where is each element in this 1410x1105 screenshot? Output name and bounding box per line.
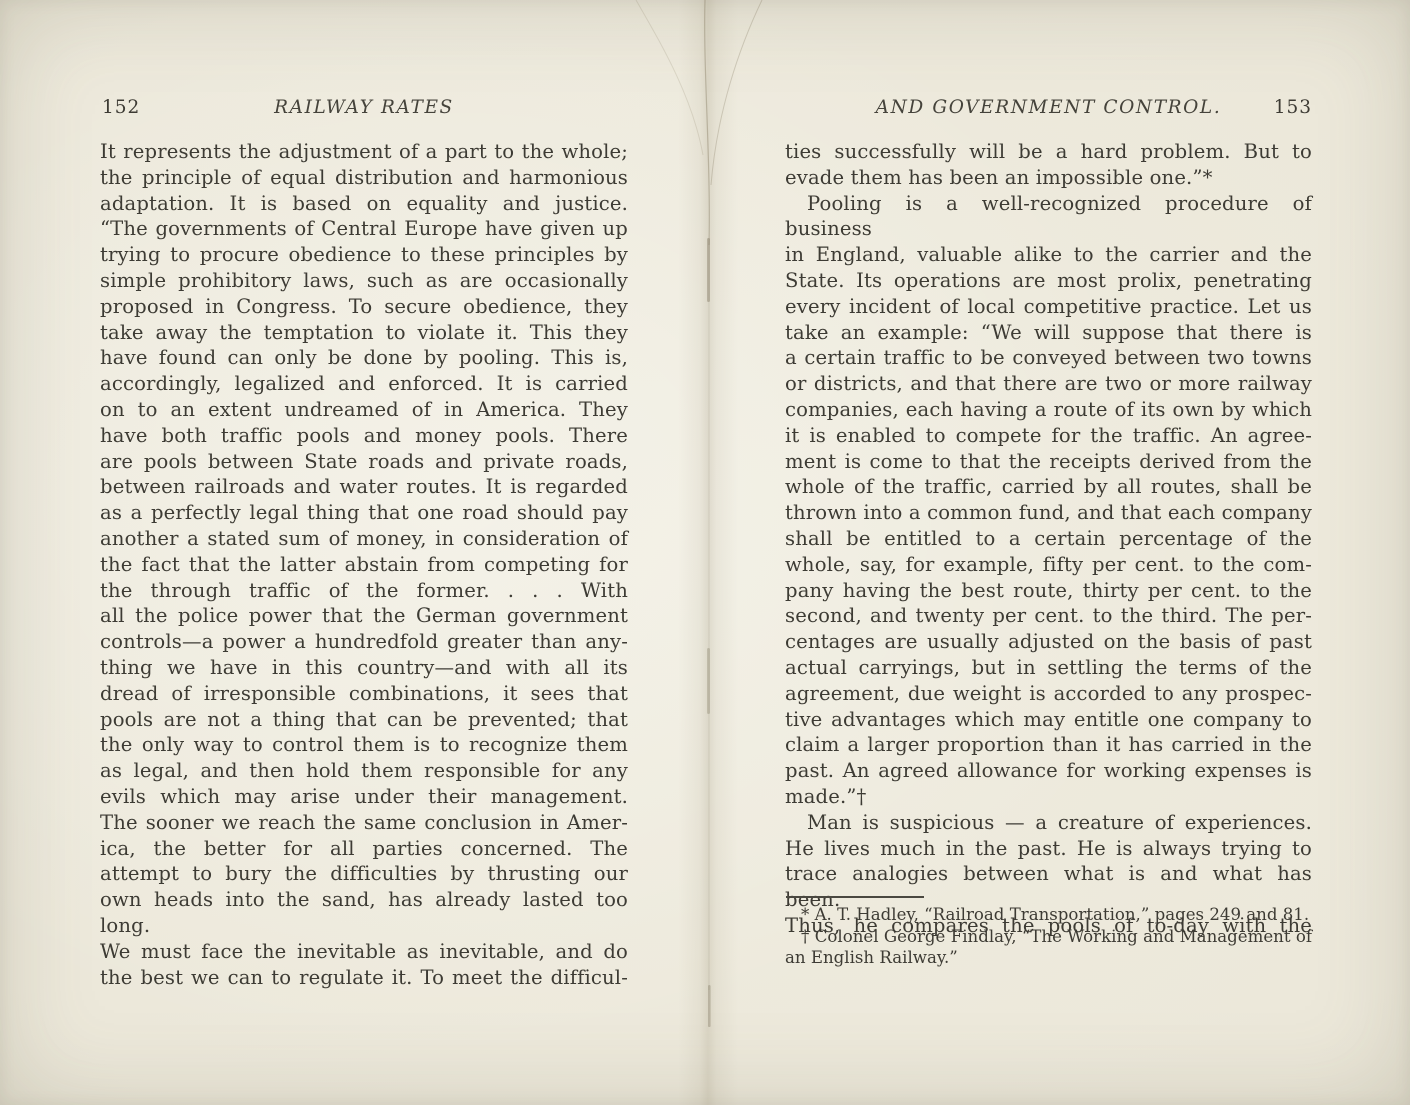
text-line: a certain traffic to be conveyed between… xyxy=(785,345,1312,371)
left-page-text: It represents the adjustment of a part t… xyxy=(100,139,628,990)
text-line: * A. T. Hadley, “Railroad Transportation… xyxy=(785,904,1312,926)
text-line: trying to procure obedience to these pri… xyxy=(100,242,628,268)
text-line: He lives much in the past. He is always … xyxy=(785,836,1312,862)
text-line: the through traffic of the former. . . .… xyxy=(100,578,628,604)
text-line: Pooling is a well-recognized procedure o… xyxy=(785,191,1312,243)
text-line: ica, the better for all parties concerne… xyxy=(100,836,628,862)
right-page-number: 153 xyxy=(1274,97,1312,118)
text-line: take away the temptation to violate it. … xyxy=(100,320,628,346)
text-line: own heads into the sand, has already las… xyxy=(100,887,628,939)
text-line: on to an extent undreamed of in America.… xyxy=(100,397,628,423)
text-line: all the police power that the German gov… xyxy=(100,603,628,629)
text-line: proposed in Congress. To secure obedienc… xyxy=(100,294,628,320)
text-line: thing we have in this country—and with a… xyxy=(100,655,628,681)
text-line: in England, valuable alike to the carrie… xyxy=(785,242,1312,268)
text-line: pools are not a thing that can be preven… xyxy=(100,707,628,733)
text-line: between railroads and water routes. It i… xyxy=(100,474,628,500)
text-line: the fact that the latter abstain from co… xyxy=(100,552,628,578)
text-line: or districts, and that there are two or … xyxy=(785,371,1312,397)
right-page-text: ties successfully will be a hard problem… xyxy=(785,139,1312,939)
text-line: take an example: “We will suppose that t… xyxy=(785,320,1312,346)
text-line: attempt to bury the difficulties by thru… xyxy=(100,861,628,887)
text-line: † Colonel George Findlay, “The Working a… xyxy=(785,926,1312,948)
text-line: adaptation. It is based on equality and … xyxy=(100,191,628,217)
text-line: the best we can to regulate it. To meet … xyxy=(100,965,628,991)
text-line: are pools between State roads and privat… xyxy=(100,449,628,475)
text-line: as legal, and then hold them responsible… xyxy=(100,758,628,784)
text-line: pany having the best route, thirty per c… xyxy=(785,578,1312,604)
text-line: as a perfectly legal thing that one road… xyxy=(100,500,628,526)
text-line: actual carryings, but in settling the te… xyxy=(785,655,1312,681)
text-line: the only way to control them is to recog… xyxy=(100,732,628,758)
text-line: shall be entitled to a certain percentag… xyxy=(785,526,1312,552)
text-line: every incident of local competitive prac… xyxy=(785,294,1312,320)
text-line: an English Railway.” xyxy=(785,947,1312,969)
text-line: dread of irresponsible combinations, it … xyxy=(100,681,628,707)
text-line: it is enabled to compete for the traffic… xyxy=(785,423,1312,449)
text-line: simple prohibitory laws, such as are occ… xyxy=(100,268,628,294)
text-line: agreement, due weight is accorded to any… xyxy=(785,681,1312,707)
text-line: claim a larger proportion than it has ca… xyxy=(785,732,1312,758)
left-running-header: RAILWAY RATES xyxy=(100,97,628,118)
book-spread: 152 RAILWAY RATES It represents the adju… xyxy=(0,0,1410,1105)
text-line: the principle of equal distribution and … xyxy=(100,165,628,191)
text-line: tive advantages which may entitle one co… xyxy=(785,707,1312,733)
text-line: ties successfully will be a hard problem… xyxy=(785,139,1312,165)
footnote-section: * A. T. Hadley, “Railroad Transportation… xyxy=(785,904,1312,969)
text-line: ment is come to that the receipts derive… xyxy=(785,449,1312,475)
text-line: “The governments of Central Europe have … xyxy=(100,216,628,242)
footnote-rule xyxy=(786,896,924,898)
text-line: Man is suspicious — a creature of experi… xyxy=(785,810,1312,836)
text-line: controls—a power a hundredfold greater t… xyxy=(100,629,628,655)
text-line: The sooner we reach the same conclusion … xyxy=(100,810,628,836)
right-page-header: AND GOVERNMENT CONTROL. 153 xyxy=(785,97,1312,121)
text-line: It represents the adjustment of a part t… xyxy=(100,139,628,165)
text-line: whole, say, for example, fifty per cent.… xyxy=(785,552,1312,578)
left-page-header: 152 RAILWAY RATES xyxy=(100,97,628,121)
text-line: evade them has been an impossible one.”* xyxy=(785,165,1312,191)
text-line: evils which may arise under their manage… xyxy=(100,784,628,810)
text-line: have found can only be done by pooling. … xyxy=(100,345,628,371)
text-line: whole of the traffic, carried by all rou… xyxy=(785,474,1312,500)
text-line: past. An agreed allowance for working ex… xyxy=(785,758,1312,784)
text-line: centages are usually adjusted on the bas… xyxy=(785,629,1312,655)
page-gutter xyxy=(678,0,738,1105)
right-running-header: AND GOVERNMENT CONTROL. xyxy=(785,97,1312,118)
text-line: accordingly, legalized and enforced. It … xyxy=(100,371,628,397)
text-line: We must face the inevitable as inevitabl… xyxy=(100,939,628,965)
text-line: have both traffic pools and money pools.… xyxy=(100,423,628,449)
text-line: thrown into a common fund, and that each… xyxy=(785,500,1312,526)
text-line: State. Its operations are most prolix, p… xyxy=(785,268,1312,294)
left-page-number: 152 xyxy=(102,97,140,118)
text-line: companies, each having a route of its ow… xyxy=(785,397,1312,423)
text-line: another a stated sum of money, in consid… xyxy=(100,526,628,552)
text-line: made.”† xyxy=(785,784,1312,810)
text-line: second, and twenty per cent. to the thir… xyxy=(785,603,1312,629)
